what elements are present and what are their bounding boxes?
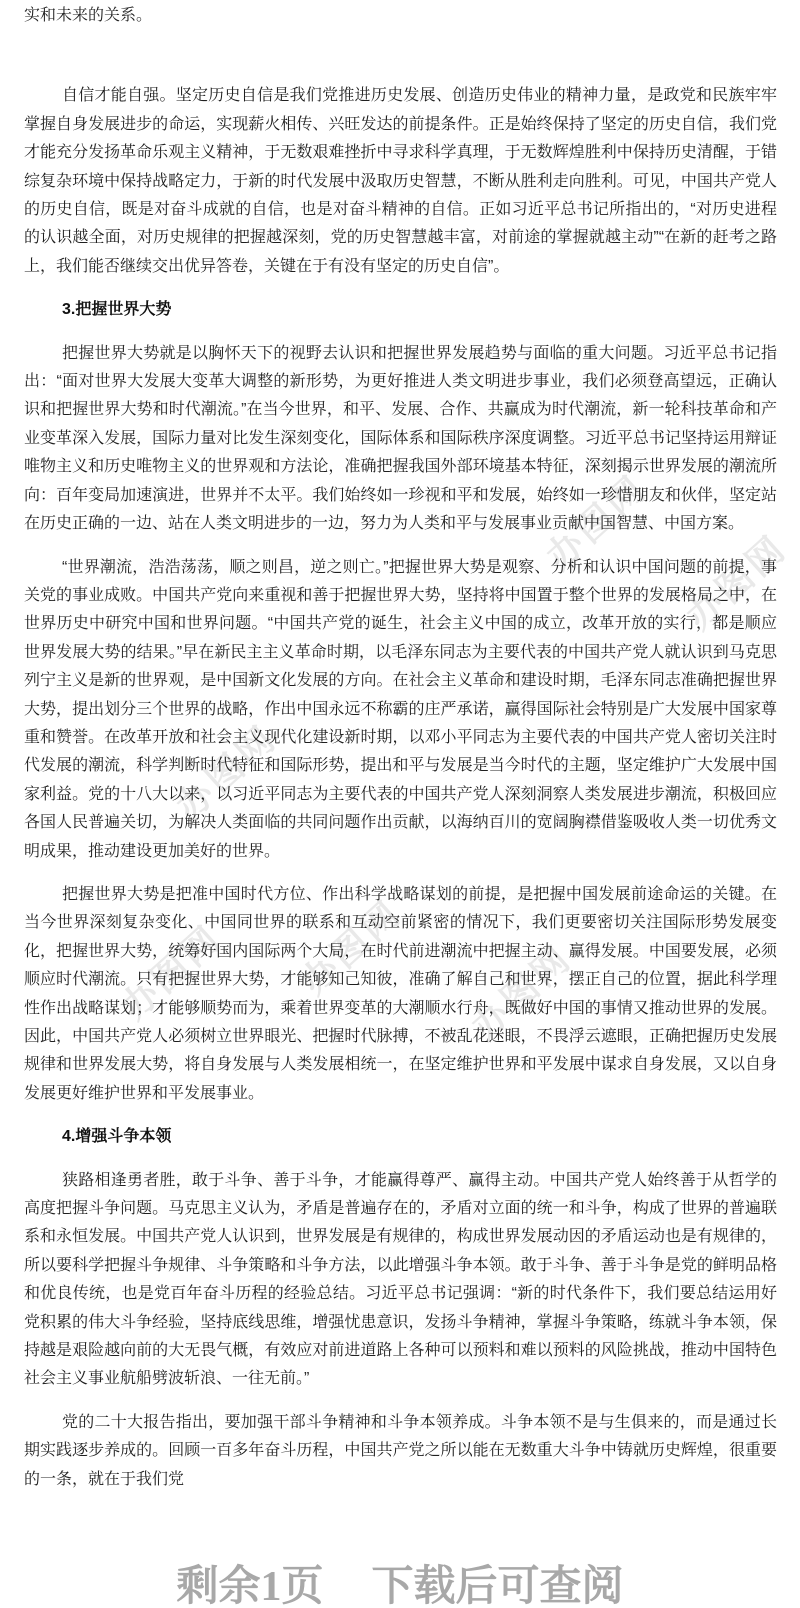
paragraph-struggle-2: 党的二十大报告指出，要加强干部斗争精神和斗争本领养成。斗争本领不是与生俱来的，而… [24, 1409, 777, 1494]
paragraph-world-trends-2: “世界潮流，浩浩荡荡，顺之则昌，逆之则亡。”把握世界大势是观察、分析和认识中国问… [24, 554, 777, 866]
paragraph-historical-confidence: 自信才能自强。坚定历史自信是我们党推进历史发展、创造历史伟业的精神力量，是政党和… [24, 82, 777, 281]
section-heading-3-grasp-world-trends: 3.把握世界大势 [24, 296, 777, 324]
download-to-view-label: 下载后可查阅 [372, 1564, 624, 1608]
document-body: 实和未来的关系。 自信才能自强。坚定历史自信是我们党推进历史发展、创造历史伟业的… [0, 0, 800, 1494]
preview-footer-notice: 剩余1页下载后可查阅 [0, 1566, 800, 1608]
paragraph-world-trends-3: 把握世界大势是把准中国时代方位、作出科学战略谋划的前提，是把握中国发展前途命运的… [24, 881, 777, 1108]
paragraph-world-trends-1: 把握世界大势就是以胸怀天下的视野去认识和把握世界发展趋势与面临的重大问题。习近平… [24, 340, 777, 539]
document-preview-page: { "page": { "background": "#ffffff", "te… [0, 0, 800, 1608]
section-heading-4-strengthen-struggle-skills: 4.增强斗争本领 [24, 1123, 777, 1151]
paragraph-continuation: 实和未来的关系。 [24, 2, 777, 30]
pages-remaining-label: 剩余1页 [176, 1564, 323, 1608]
paragraph-struggle-1: 狭路相逢勇者胜，敢于斗争、善于斗争，才能赢得尊严、赢得主动。中国共产党人始终善于… [24, 1167, 777, 1394]
